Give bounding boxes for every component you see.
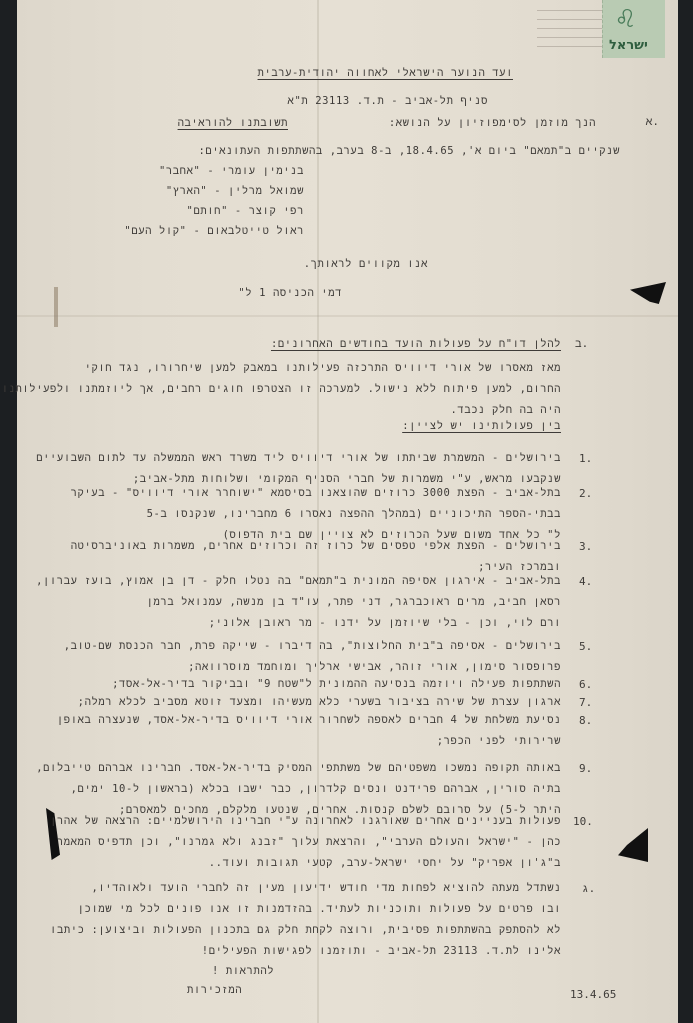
organization-title: ועד הנוער הישראלי לאחווה יהודית-ערבית <box>258 67 513 80</box>
list-item-text: בירושלים - הפצת אלפי טפסים של כרוז זה וכ… <box>71 540 561 553</box>
paper-tear-mark <box>54 287 58 327</box>
list-item-number: 5. <box>579 640 592 653</box>
list-item-text: פרופסור סימון, אורי זוהר, אבישי ארליך ומ… <box>188 661 561 674</box>
signature: המזכירות <box>187 984 242 997</box>
list-item-number: 1. <box>579 452 592 465</box>
postmark-cancellation-lines <box>537 10 607 55</box>
section-a-when: שנקיים ב"תמאם" ביום א', 18.4.65, ב-8 בער… <box>199 145 620 158</box>
list-item-text: בירושלים - המשמרת שביתתו של אורי דיוויס … <box>36 452 561 465</box>
list-item-text: נסיעת משלחת של 4 חברים לאספה לשחרור אורי… <box>57 714 561 727</box>
section-c-marker: ג. <box>582 882 595 896</box>
list-item-number: 6. <box>579 678 592 691</box>
participant: שמואל מרלין - "הארץ" <box>162 185 304 198</box>
paper-fold-horizontal <box>17 315 678 317</box>
list-item-text: בירושלים - אסיפה ב"בית החלוצות", בה דיבר… <box>64 640 561 653</box>
list-item-text: ורם לוי, וכן - בלי שיוזמן על ידנו - מר ר… <box>209 617 561 630</box>
section-b-intro: החרום, למען פיתוח ללא נישול. למערכה זו ה… <box>2 383 561 396</box>
section-b-list-intro: בין פעולותינו יש לציין: <box>402 420 561 433</box>
section-c-line: אלינו לת.ד. 23113 תל-אביב - ותוזמנו לפגי… <box>202 945 561 958</box>
list-item-text: באותה תקופה נמשכו משפטיהם של משתתפי המסי… <box>36 762 561 775</box>
list-item-number: 10. <box>573 815 593 828</box>
section-c-line: נשתדל מעתה להוציא לפחות מדי חודש ידיעון … <box>91 882 561 895</box>
branch-address: סניף תל-אביב - ת.ד. 23113 ת"א <box>288 95 488 108</box>
list-item-number: 2. <box>579 487 592 500</box>
list-item-text: ב"ג'ון אפריק" על יחסי ישראל-ערב, קטעי תג… <box>209 857 561 870</box>
document-page: ♌ ישראל ועד הנוער הישראלי לאחווה יהודית-… <box>17 0 678 1023</box>
list-item-text: שרירותי לפני הכפר; <box>437 735 561 748</box>
paper-hole <box>630 282 666 304</box>
list-item-number: 8. <box>579 714 592 727</box>
list-item-text: בתיה סורין, אברהם פרידנט ונסים קלדרון, כ… <box>71 783 561 796</box>
section-a-closing: אנו מקווים לראותך. <box>304 258 428 271</box>
farewell: להתראות ! <box>212 965 274 978</box>
list-item-text: כהן - "ישראל והעולם הערבי", והרצאת עלוך … <box>57 836 561 849</box>
section-c-line: ובו פרטים על פעולות ותוכניות לעתיד. בהזד… <box>78 903 561 916</box>
list-item-text: ארגון עצרת של שירה בציבור בשערי כלא מעשי… <box>78 696 561 709</box>
list-item-text: רסאן חביב, מרים ראוכברגר, דני פתר, עו"ד … <box>147 596 561 609</box>
lion-icon: ♌ <box>617 4 634 32</box>
list-item-number: 9. <box>579 762 592 775</box>
list-item-text: שנקבעו מראש, ע"י משמרות של חברי הסניף המ… <box>133 473 561 486</box>
section-a-topic: תשובתנו להוראיבה <box>178 117 288 130</box>
paper-hole <box>618 828 648 862</box>
section-b-intro: מאז מאסרו של אורי דיוויס התרכזה פעילותנו… <box>85 362 561 375</box>
section-b-title: להלן דו"ח על פעולות הועד בחודשים האחרוני… <box>271 338 561 351</box>
participant: ראול טייטלבאום - "קול העם" <box>162 225 304 238</box>
list-item-text: בתל-אביב - הפצת 3000 כרוזים שהוצאנו בסיס… <box>71 487 561 500</box>
section-b-intro: היה בה חלק נכבד. <box>451 404 562 417</box>
stamp-country-text: ישראל <box>609 38 648 53</box>
section-b-marker: ב. <box>575 337 588 351</box>
list-item-text: בבתי-הספר התיכוניים (במהלך ההפצה נאסרו 6… <box>147 508 561 521</box>
entry-fee: דמי הכניסה 1 ל" <box>238 287 342 300</box>
list-item-text: פעולות בעניינים אחרים שאורגנו לאחרונה ע"… <box>50 815 561 828</box>
participant: רפי קוצר - "חותם" <box>162 205 304 218</box>
list-item-text: השתתפות פעילה ויוזמה בנסיעה ההמונית ל"שט… <box>112 678 561 691</box>
section-c-line: לא להסתפק בהשתתפות פסיבית, ורוצה לקחת חל… <box>50 924 561 937</box>
list-item-number: 7. <box>579 696 592 709</box>
list-item-text: בתל-אביב - אירגון אסיפה המונית ב"תמאם" ב… <box>36 575 561 588</box>
postage-stamp: ♌ ישראל <box>602 0 665 58</box>
list-item-text: ובמרכז העיר; <box>478 561 561 574</box>
document-date: 13.4.65 <box>570 988 616 1001</box>
list-item-number: 4. <box>579 575 592 588</box>
section-a-invite: הנך מוזמן לסימפוזיון על הנושא: <box>389 117 596 130</box>
participant: בנימין עומרי - "אחבר" <box>162 165 304 178</box>
list-item-number: 3. <box>579 540 592 553</box>
